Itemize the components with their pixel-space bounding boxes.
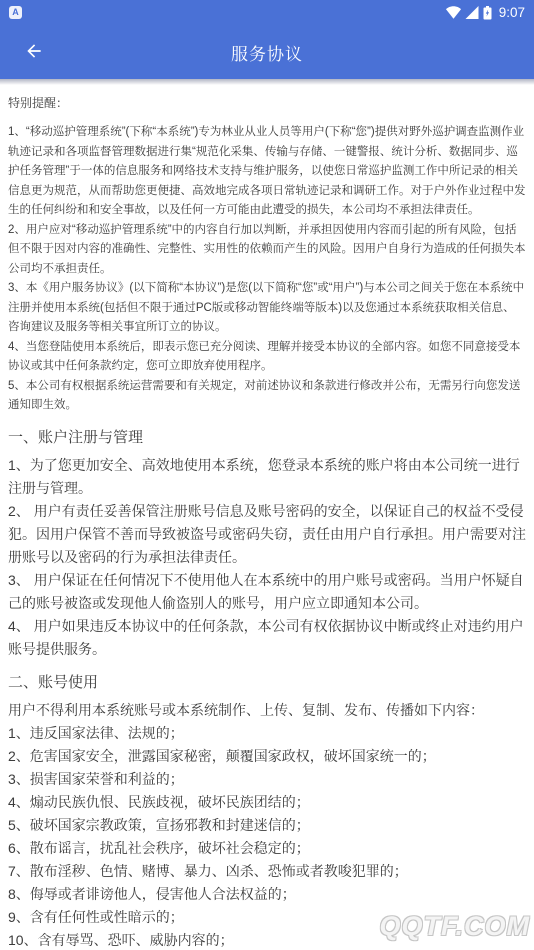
prohibited-item: 1、违反国家法律、法规的； (8, 722, 526, 745)
back-arrow-icon (24, 41, 44, 64)
notice-title: 特别提醒： (8, 93, 526, 113)
section1-item: 2、 用户有责任妥善保管注册账号信息及账号密码的安全，以保证自己的权益不受侵犯。… (8, 500, 526, 569)
section1-body: 1、为了您更加安全、高效地使用本系统，您登录本系统的账户将由本公司统一进行注册与… (8, 454, 526, 661)
battery-charging-icon (483, 6, 492, 20)
preamble-paragraph: 3、本《用户服务协议》(以下简称“本协议”)是您(以下简称“您”或“用户”)与本… (8, 279, 526, 338)
wifi-icon (446, 6, 461, 19)
section1-heading: 一、账户注册与管理 (8, 426, 526, 450)
page-title: 服务协议 (231, 40, 303, 65)
prohibited-item: 4、煽动民族仇恨、民族歧视，破坏民族团结的； (8, 791, 526, 814)
agreement-preamble: 1、“移动巡护管理系统”(下称“本系统”)专为林业从业人员等用户(下称“您”)提… (8, 123, 526, 416)
cellular-signal-icon (465, 6, 479, 19)
prohibited-item: 2、危害国家安全，泄露国家秘密，颠覆国家政权，破坏国家统一的； (8, 745, 526, 768)
prohibited-item: 7、散布淫秽、色情、赌博、暴力、凶杀、恐怖或者教唆犯罪的； (8, 860, 526, 883)
prohibited-item: 8、侮辱或者诽谤他人，侵害他人合法权益的； (8, 883, 526, 906)
preamble-paragraph: 4、当您登陆使用本系统后，即表示您已充分阅读、理解并接受本协议的全部内容。如您不… (8, 338, 526, 377)
status-indicators: 9:07 (446, 5, 525, 20)
section1-item: 1、为了您更加安全、高效地使用本系统，您登录本系统的账户将由本公司统一进行注册与… (8, 454, 526, 500)
notification-app-icon: A (9, 6, 22, 19)
preamble-paragraph: 5、本公司有权根据系统运营需要和有关规定，对前述协议和条款进行修改并公布，无需另… (8, 377, 526, 416)
prohibited-item: 6、散布谣言，扰乱社会秩序，破坏社会稳定的； (8, 837, 526, 860)
preamble-paragraph: 2、用户应对“移动巡护管理系统”中的内容自行加以判断，并承担因使用内容而引起的所… (8, 221, 526, 280)
preamble-paragraph: 1、“移动巡护管理系统”(下称“本系统”)专为林业从业人员等用户(下称“您”)提… (8, 123, 526, 221)
section2-heading: 二、账号使用 (8, 671, 526, 695)
agreement-scroll-area[interactable]: 特别提醒： 1、“移动巡护管理系统”(下称“本系统”)专为林业从业人员等用户(下… (0, 85, 534, 950)
section1-item: 4、 用户如果违反本协议中的任何条款，本公司有权依据协议中断或终止对违约用户账号… (8, 615, 526, 661)
back-button[interactable] (14, 32, 54, 72)
section2-body: 用户不得利用本系统账号或本系统制作、上传、复制、发布、传播如下内容： 1、违反国… (8, 699, 526, 950)
prohibited-item: 3、损害国家荣誉和利益的； (8, 768, 526, 791)
prohibited-item: 10、含有辱骂、恐吓、威胁内容的； (8, 929, 526, 950)
prohibited-item: 5、破坏国家宗教政策，宣扬邪教和封建迷信的； (8, 814, 526, 837)
status-time: 9:07 (499, 5, 525, 20)
section1-item: 3、 用户保证在任何情况下不使用他人在本系统中的用户账号或密码。当用户怀疑自己的… (8, 569, 526, 615)
status-bar: A 9:07 (0, 0, 534, 25)
section2-intro: 用户不得利用本系统账号或本系统制作、上传、复制、发布、传播如下内容： (8, 699, 526, 722)
app-bar: 服务协议 (0, 25, 534, 79)
prohibited-item: 9、含有任何性或性暗示的； (8, 906, 526, 929)
